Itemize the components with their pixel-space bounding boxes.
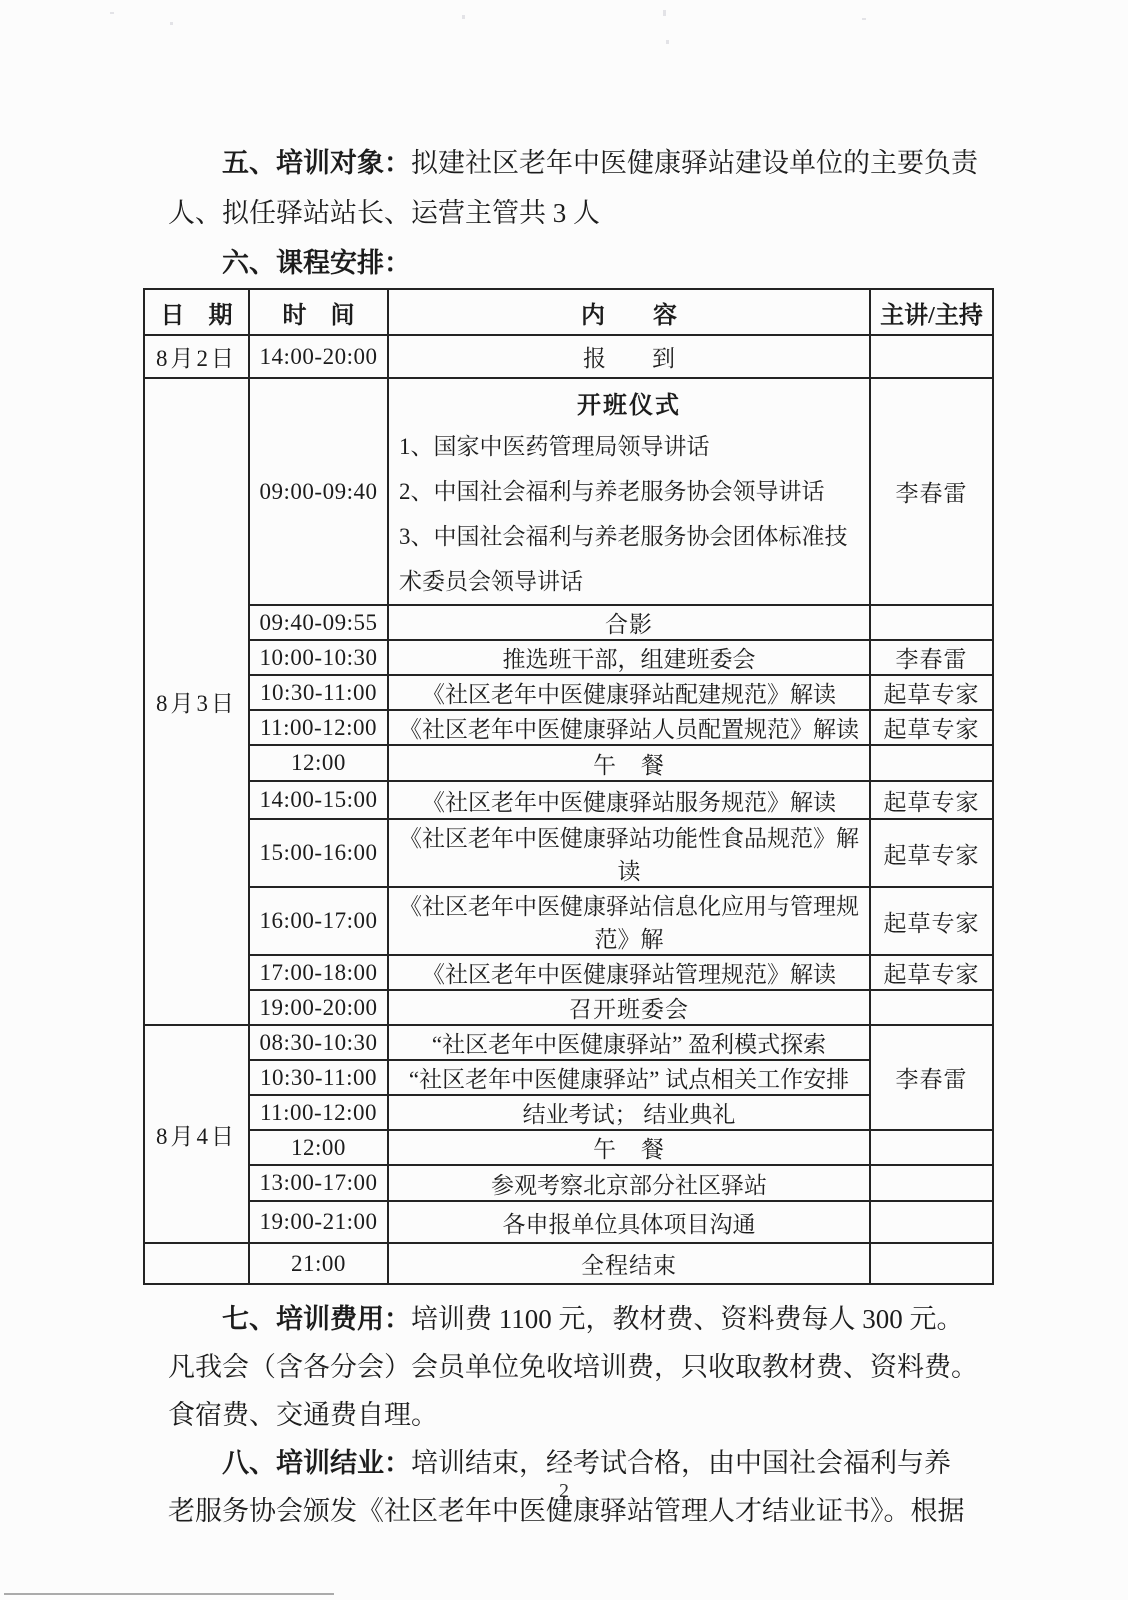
table-row: 8月3日 09:00-09:40 开班仪式 1、国家中医药管理局领导讲话 2、中… [144,378,993,605]
scan-artifact [663,10,666,16]
cell-time: 09:40-09:55 [249,605,388,640]
scan-artifact [666,40,669,44]
table-row: 8月4日 08:30-10:30 “社区老年中医健康驿站” 盈利模式探索 李春雷 [144,1025,993,1060]
cell-content: 《社区老年中医健康驿站信息化应用与管理规范》解 [388,887,870,955]
cell-date: 8月4日 [144,1025,249,1243]
cell-content: 《社区老年中医健康驿站服务规范》解读 [388,781,870,819]
cell-speaker [870,335,993,378]
paragraph-line: 五、培训对象：拟建社区老年中医健康驿站建设单位的主要负责 [168,138,980,188]
scan-artifact [462,15,465,19]
cell-content: 报 到 [388,335,870,378]
cell-speaker: 起草专家 [870,887,993,955]
cell-time: 19:00-20:00 [249,990,388,1025]
table-row: 21:00 全程结束 [144,1243,993,1284]
cell-time: 17:00-18:00 [249,955,388,990]
header-time: 时 间 [249,289,388,335]
table-row: 11:00-12:00 《社区老年中医健康驿站人员配置规范》解读 起草专家 [144,710,993,745]
paragraph-line: 人、拟任驿站站长、运营主管共 3 人 [168,188,980,238]
paragraph-line: 七、培训费用：培训费 1100 元，教材费、资料费每人 300 元。 [168,1295,980,1343]
cell-content: 推选班干部，组建班委会 [388,640,870,675]
section-five-text: 拟建社区老年中医健康驿站建设单位的主要负责 [411,148,978,178]
header-content: 内 容 [388,289,870,335]
cell-speaker: 起草专家 [870,819,993,887]
cell-content: 全程结束 [388,1243,870,1284]
header-date: 日 期 [144,289,249,335]
header-speaker: 主讲/主持 [870,289,993,335]
table-row: 10:00-10:30 推选班干部，组建班委会 李春雷 [144,640,993,675]
table-row: 09:40-09:55 合影 [144,605,993,640]
cell-time: 12:00 [249,745,388,781]
ceremony-title: 开班仪式 [391,385,867,420]
table-row: 8月2日 14:00-20:00 报 到 [144,335,993,378]
cell-time: 13:00-17:00 [249,1165,388,1201]
cell-content: 结业考试； 结业典礼 [388,1095,870,1130]
table-row: 12:00 午 餐 [144,1130,993,1165]
cell-content: 午 餐 [388,745,870,781]
cell-time: 12:00 [249,1130,388,1165]
cell-content: “社区老年中医健康驿站” 盈利模式探索 [388,1025,870,1060]
table-row: 10:30-11:00 “社区老年中医健康驿站” 试点相关工作安排 [144,1060,993,1095]
cell-time: 10:30-11:00 [249,1060,388,1095]
cell-speaker: 起草专家 [870,781,993,819]
cell-date [144,1243,249,1284]
table-row: 12:00 午 餐 [144,745,993,781]
table-row: 14:00-15:00 《社区老年中医健康驿站服务规范》解读 起草专家 [144,781,993,819]
cell-time: 09:00-09:40 [249,378,388,605]
cell-content: 合影 [388,605,870,640]
table-row: 10:30-11:00 《社区老年中医健康驿站配建规范》解读 起草专家 [144,675,993,710]
cell-content: 《社区老年中医健康驿站功能性食品规范》解读 [388,819,870,887]
document-page: 五、培训对象：拟建社区老年中医健康驿站建设单位的主要负责 人、拟任驿站站长、运营… [0,0,1128,1600]
cell-speaker: 起草专家 [870,675,993,710]
cell-date: 8月2日 [144,335,249,378]
cell-time: 08:30-10:30 [249,1025,388,1060]
paragraph-line: 食宿费、交通费自理。 [168,1391,980,1439]
cell-date: 8月3日 [144,378,249,1025]
cell-speaker [870,990,993,1025]
section-six-heading: 六、课程安排： [168,238,980,288]
cell-content: 《社区老年中医健康驿站配建规范》解读 [388,675,870,710]
cell-content: 午 餐 [388,1130,870,1165]
scan-artifact [170,22,173,25]
cell-time: 11:00-12:00 [249,1095,388,1130]
scan-artifact [110,12,114,14]
document-body: 五、培训对象：拟建社区老年中医健康驿站建设单位的主要负责 人、拟任驿站站长、运营… [168,138,980,1535]
table-row: 16:00-17:00 《社区老年中医健康驿站信息化应用与管理规范》解 起草专家 [144,887,993,955]
cell-content: 《社区老年中医健康驿站管理规范》解读 [388,955,870,990]
table-row: 19:00-21:00 各申报单位具体项目沟通 [144,1201,993,1243]
schedule-table: 日 期 时 间 内 容 主讲/主持 8月2日 14:00-20:00 报 到 8… [143,288,994,1285]
ceremony-item: 3、中国社会福利与养老服务协会团体标准技术委员会领导讲话 [391,514,867,604]
cell-speaker [870,605,993,640]
cell-speaker: 李春雷 [870,378,993,605]
table-row: 11:00-12:00 结业考试； 结业典礼 [144,1095,993,1130]
cell-time: 14:00-20:00 [249,335,388,378]
table-row: 13:00-17:00 参观考察北京部分社区驿站 [144,1165,993,1201]
cell-speaker: 李春雷 [870,1025,993,1130]
cell-speaker [870,1165,993,1201]
scan-artifact [4,1593,334,1595]
table-row: 17:00-18:00 《社区老年中医健康驿站管理规范》解读 起草专家 [144,955,993,990]
table-row: 15:00-16:00 《社区老年中医健康驿站功能性食品规范》解读 起草专家 [144,819,993,887]
cell-content: 开班仪式 1、国家中医药管理局领导讲话 2、中国社会福利与养老服务协会领导讲话 … [388,378,870,605]
paragraph-line: 凡我会（含各分会）会员单位免收培训费，只收取教材费、资料费。 [168,1343,980,1391]
cell-time: 11:00-12:00 [249,710,388,745]
cell-speaker [870,1243,993,1284]
cell-speaker [870,1130,993,1165]
cell-time: 10:00-10:30 [249,640,388,675]
cell-content: “社区老年中医健康驿站” 试点相关工作安排 [388,1060,870,1095]
scan-artifact [862,18,866,20]
section-seven-label: 七、培训费用： [222,1304,411,1334]
cell-speaker [870,745,993,781]
table-row: 19:00-20:00 召开班委会 [144,990,993,1025]
section-five-label: 五、培训对象： [222,148,411,178]
cell-content: 各申报单位具体项目沟通 [388,1201,870,1243]
cell-time: 21:00 [249,1243,388,1284]
section-eight-label: 八、培训结业： [222,1448,411,1478]
page-number: 2 [0,1480,1128,1503]
cell-time: 14:00-15:00 [249,781,388,819]
cell-time: 16:00-17:00 [249,887,388,955]
cell-time: 19:00-21:00 [249,1201,388,1243]
ceremony-item: 2、中国社会福利与养老服务协会领导讲话 [391,469,867,514]
cell-content: 召开班委会 [388,990,870,1025]
cell-speaker: 起草专家 [870,955,993,990]
cell-time: 10:30-11:00 [249,675,388,710]
cell-speaker: 起草专家 [870,710,993,745]
cell-time: 15:00-16:00 [249,819,388,887]
cell-speaker [870,1201,993,1243]
cell-speaker: 李春雷 [870,640,993,675]
section-seven-text: 培训费 1100 元，教材费、资料费每人 300 元。 [411,1304,964,1334]
ceremony-item: 1、国家中医药管理局领导讲话 [391,424,867,469]
section-eight-text: 培训结束，经考试合格，由中国社会福利与养 [411,1448,951,1478]
cell-content: 参观考察北京部分社区驿站 [388,1165,870,1201]
cell-content: 《社区老年中医健康驿站人员配置规范》解读 [388,710,870,745]
table-header-row: 日 期 时 间 内 容 主讲/主持 [144,289,993,335]
